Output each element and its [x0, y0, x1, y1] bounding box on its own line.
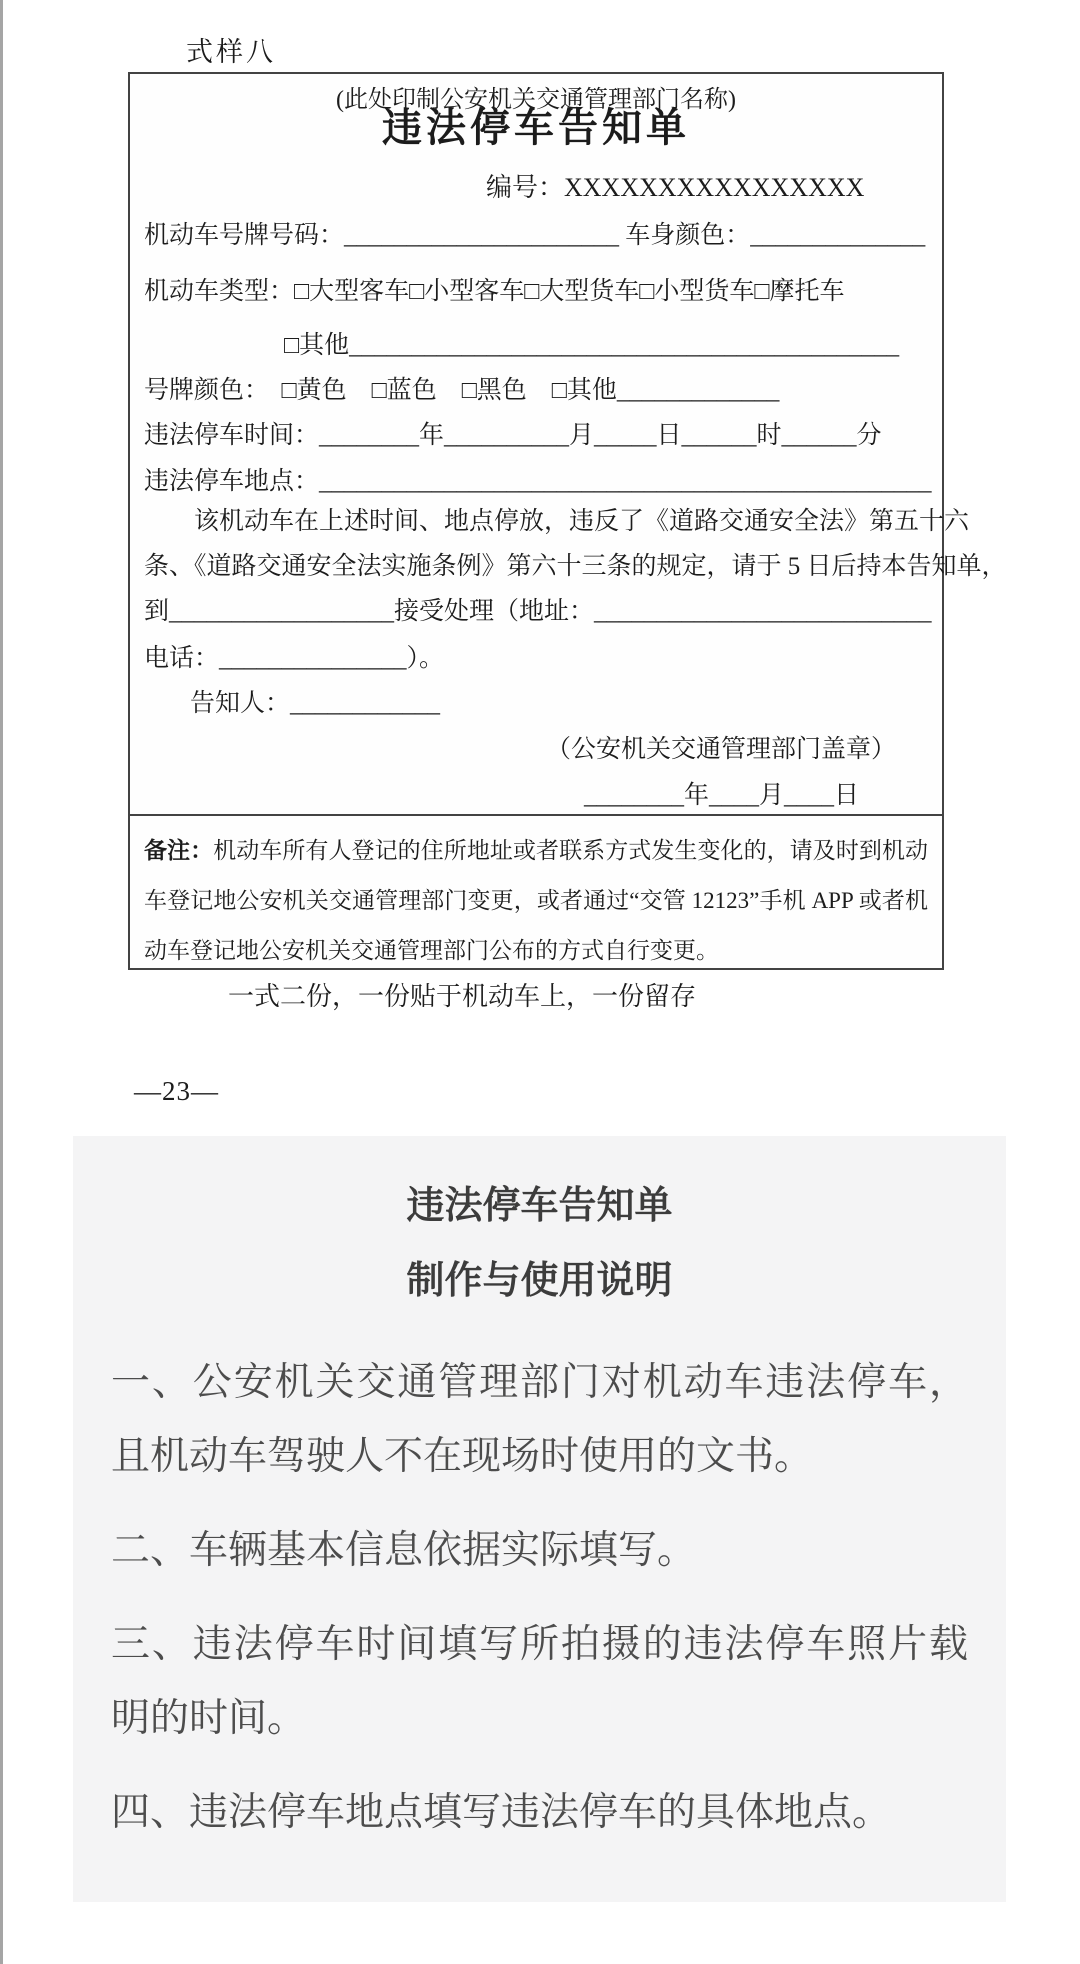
remark-paragraph: 备注：机动车所有人登记的住所地址或者联系方式发生变化的，请及时到机动车登记地公安… — [144, 826, 928, 976]
parking-notice-form: (此处印制公安机关交通管理部门名称) 违法停车告知单 编号：XXXXXXXXXX… — [128, 72, 944, 970]
legal-text-line-3: 到__________________接受处理（地址：_____________… — [144, 596, 928, 628]
legal-text-line-1: 该机动车在上述时间、地点停放，违反了《道路交通安全法》第五十六 — [144, 506, 928, 538]
instructions-body: 一、公安机关交通管理部门对机动车违法停车，且机动车驾驶人不在现场时使用的文书。 … — [73, 1310, 1006, 1850]
vehicle-type-field-line: 机动车类型：□大型客车□小型客车□大型货车□小型货车□摩托车 — [144, 276, 928, 308]
remark-text: 机动车所有人登记的住所地址或者联系方式发生变化的，请及时到机动车登记地公安机关交… — [144, 838, 928, 963]
instructions-section: 违法停车告知单 制作与使用说明 一、公安机关交通管理部门对机动车违法停车，且机动… — [73, 1136, 1006, 1902]
plate-color-field-line: 号牌颜色： □黄色 □蓝色 □黑色 □其他_____________ — [144, 375, 928, 407]
informer-field-line: 告知人：____________ — [144, 688, 928, 720]
vehicle-type-other-field-line: □其他_____________________________________… — [144, 330, 928, 362]
instructions-title-line-2: 制作与使用说明 — [73, 1235, 1006, 1310]
violation-location-field-line: 违法停车地点：_________________________________… — [144, 466, 928, 498]
page-number: —23— — [134, 1076, 219, 1107]
instruction-item-2: 二、车辆基本信息依据实际填写。 — [111, 1514, 968, 1588]
legal-text-line-2: 条、《道路交通安全法实施条例》第六十三条的规定，请于 5 日后持本告知单， — [144, 551, 928, 583]
instruction-item-4: 四、违法停车地点填写违法停车的具体地点。 — [111, 1776, 968, 1850]
instruction-item-1: 一、公安机关交通管理部门对机动车违法停车，且机动车驾驶人不在现场时使用的文书。 — [111, 1346, 968, 1494]
date-field-line: ________年____月____日 — [144, 780, 928, 812]
remark-label: 备注： — [144, 838, 213, 863]
remark-divider — [130, 814, 942, 816]
form-style-label: 式样八 — [186, 30, 276, 69]
violation-time-field-line: 违法停车时间：________年__________月_____日______时… — [144, 420, 928, 452]
legal-text-line-4: 电话：_______________）。 — [144, 643, 928, 675]
official-stamp-hint: （公安机关交通管理部门盖章） — [144, 734, 928, 766]
serial-number-line: 编号：XXXXXXXXXXXXXXXX — [486, 172, 928, 204]
instruction-item-3: 三、违法停车时间填写所拍摄的违法停车照片载明的时间。 — [111, 1608, 968, 1756]
instructions-title-line-1: 违法停车告知单 — [73, 1136, 1006, 1235]
plate-number-field-line: 机动车号牌号码：______________________ 车身颜色：____… — [144, 220, 928, 252]
copies-note: 一式二份，一份贴于机动车上，一份留存 — [228, 976, 696, 1013]
page-edge-line — [0, 0, 3, 1964]
form-title: 违法停车告知单 — [144, 112, 928, 144]
